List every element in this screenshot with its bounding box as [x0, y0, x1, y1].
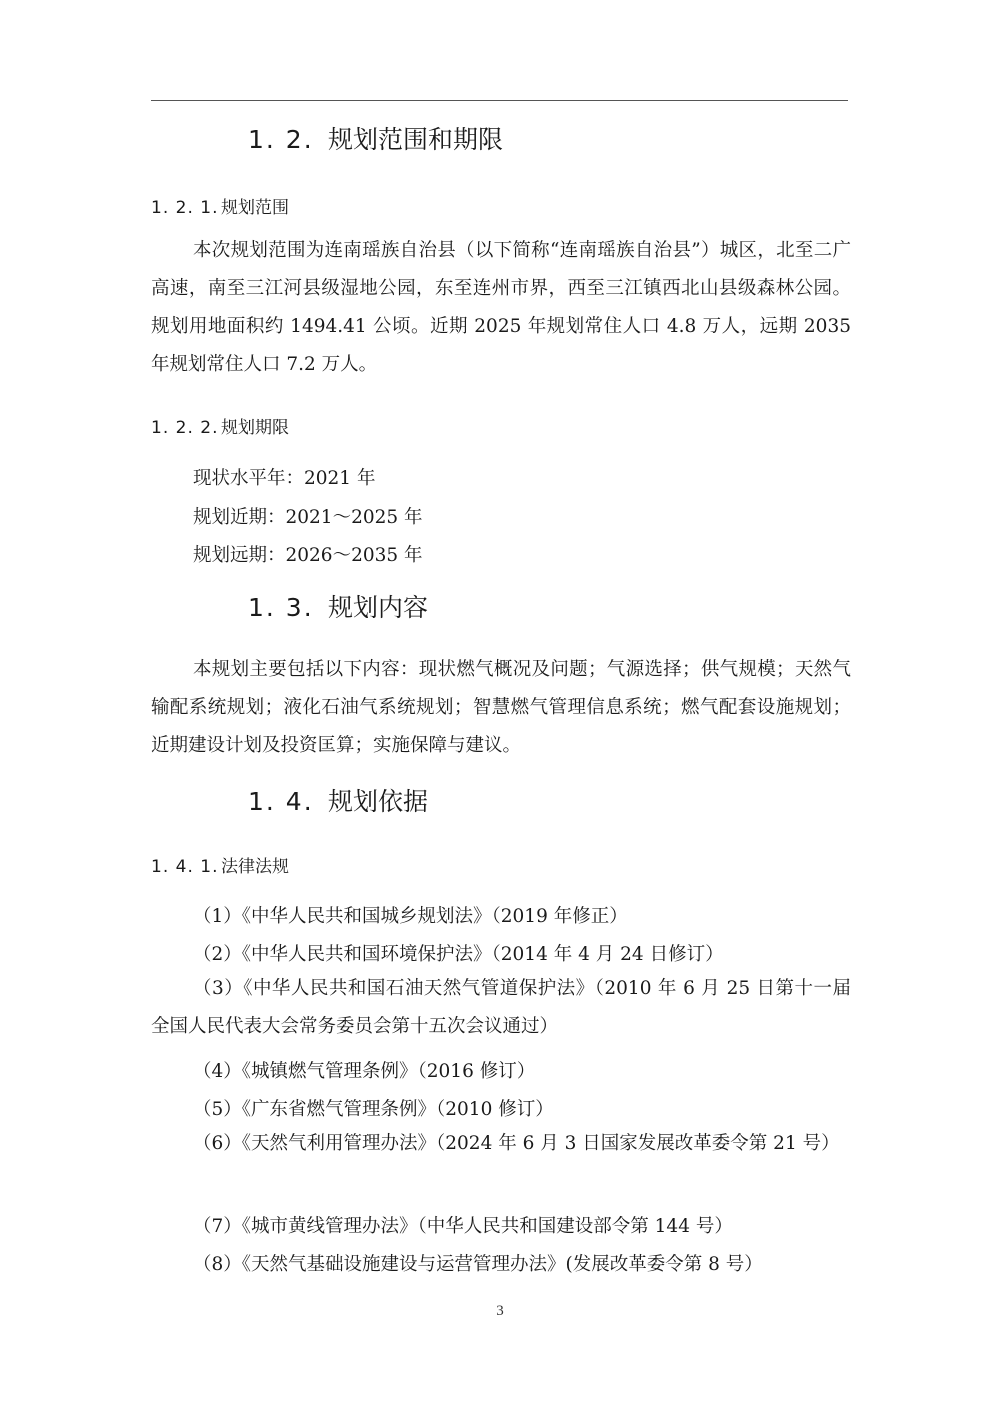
heading-1-2-2: 1. 2. 2.规划期限: [151, 413, 289, 438]
law-item-4: （4）《城镇燃气管理条例》（2016 修订）: [193, 1057, 535, 1083]
law-item-1: （1）《中华人民共和国城乡规划法》（2019 年修正）: [193, 902, 628, 928]
heading-title: 规划内容: [328, 593, 428, 622]
heading-title: 规划期限: [221, 418, 289, 438]
law-item-2: （2）《中华人民共和国环境保护法》（2014 年 4 月 24 日修订）: [193, 940, 724, 966]
heading-title: 规划依据: [328, 787, 428, 816]
heading-number: 1. 2. 1.: [151, 198, 221, 218]
law-item-5: （5）《广东省燃气管理条例》（2010 修订）: [193, 1095, 554, 1121]
period-line-long-term: 规划远期：2026～2035 年: [193, 541, 423, 567]
period-line-near-term: 规划近期：2021～2025 年: [193, 503, 423, 529]
page-number: 3: [0, 1303, 1000, 1320]
period-line-current: 现状水平年：2021 年: [193, 464, 375, 490]
heading-1-2-1: 1. 2. 1.规划范围: [151, 193, 289, 218]
heading-title: 规划范围和期限: [328, 125, 503, 154]
header-rule: [151, 100, 848, 101]
law-item-6: （6）《天然气利用管理办法》（2024 年 6 月 3 日国家发展改革委令第 2…: [151, 1125, 851, 1163]
heading-title: 法律法规: [221, 857, 289, 877]
law-item-3: （3）《中华人民共和国石油天然气管道保护法》（2010 年 6 月 25 日第十…: [151, 970, 851, 1046]
paragraph-planning-content: 本规划主要包括以下内容：现状燃气概况及问题；气源选择；供气规模；天然气输配系统规…: [151, 651, 851, 765]
heading-1-4: 1. 4.规划依据: [248, 782, 428, 818]
heading-number: 1. 2.: [248, 125, 328, 154]
law-item-8: （8）《天然气基础设施建设与运营管理办法》(发展改革委令第 8 号）: [193, 1250, 763, 1276]
heading-1-3: 1. 3.规划内容: [248, 588, 428, 624]
heading-number: 1. 4.: [248, 787, 328, 816]
heading-number: 1. 3.: [248, 593, 328, 622]
heading-number: 1. 4. 1.: [151, 857, 221, 877]
heading-title: 规划范围: [221, 198, 289, 218]
law-item-7: （7）《城市黄线管理办法》（中华人民共和国建设部令第 144 号）: [193, 1212, 733, 1238]
heading-1-2: 1. 2.规划范围和期限: [248, 120, 503, 156]
heading-number: 1. 2. 2.: [151, 418, 221, 438]
heading-1-4-1: 1. 4. 1.法律法规: [151, 852, 289, 877]
document-page: 1. 2.规划范围和期限 1. 2. 1.规划范围 本次规划范围为连南瑶族自治县…: [0, 0, 1000, 1414]
paragraph-planning-scope: 本次规划范围为连南瑶族自治县（以下简称“连南瑶族自治县”）城区，北至二广高速，南…: [151, 232, 851, 384]
